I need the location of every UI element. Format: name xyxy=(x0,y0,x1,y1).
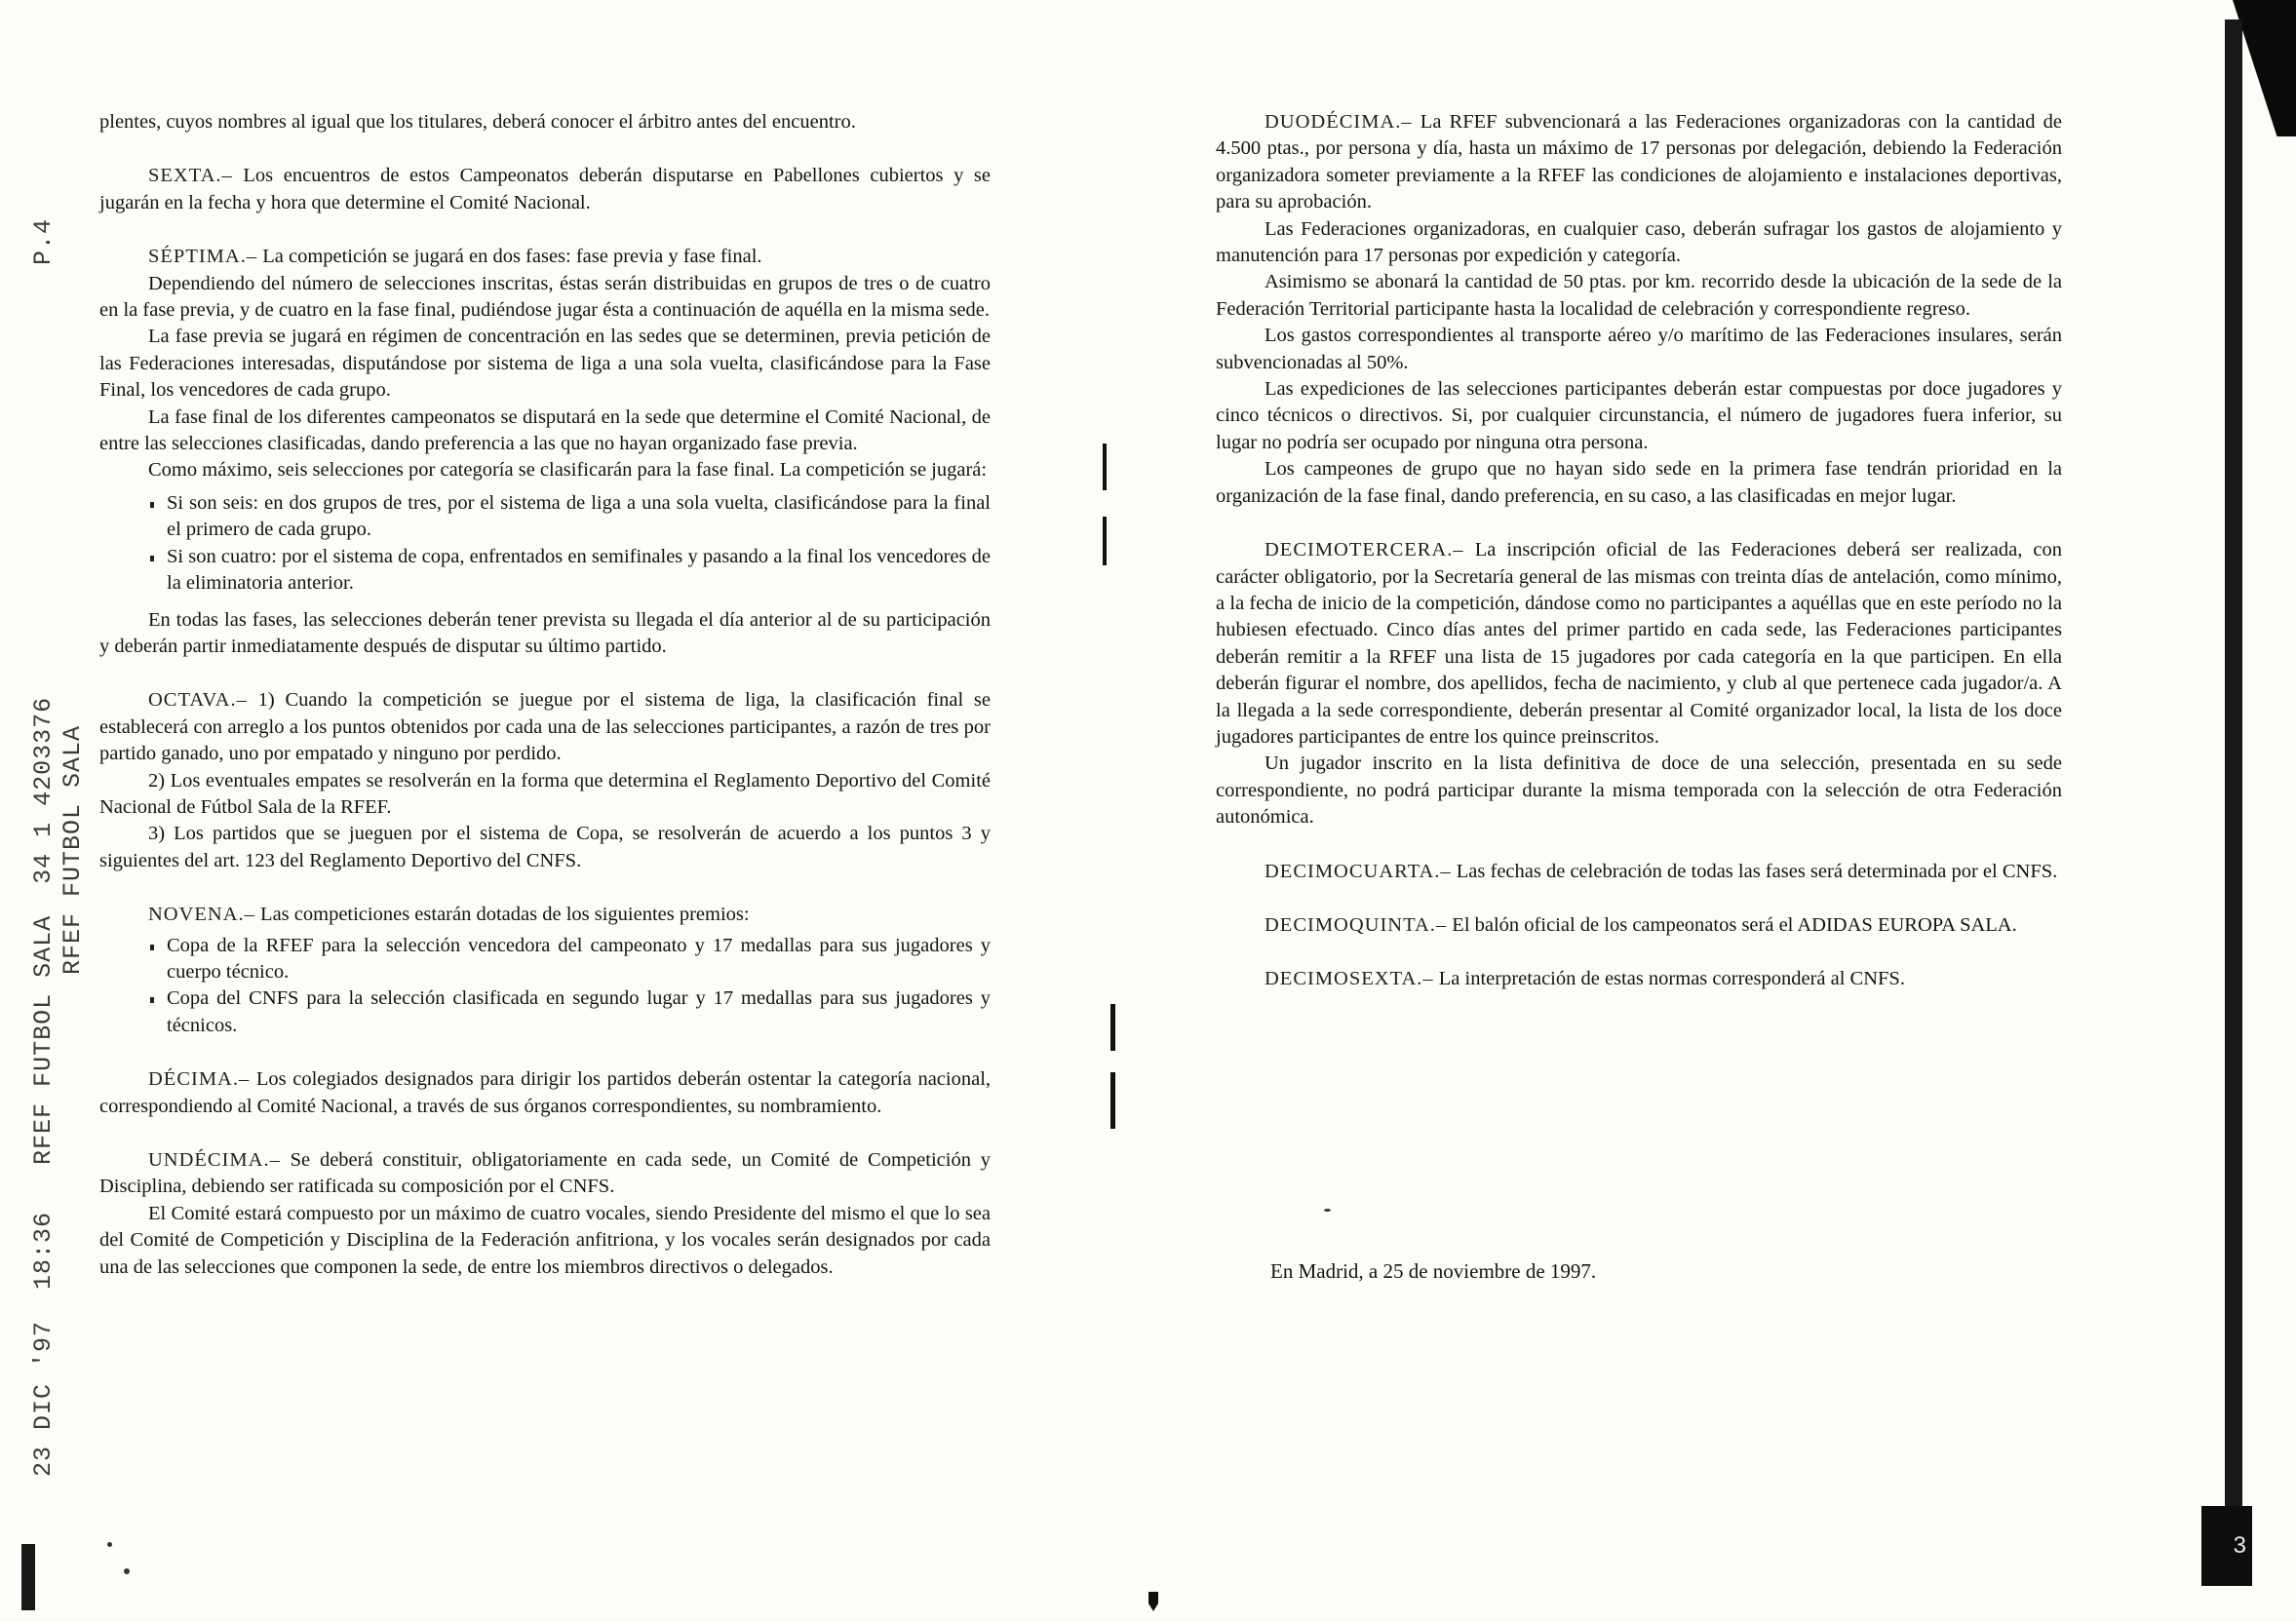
scan-speck xyxy=(1324,1209,1331,1212)
scan-speck xyxy=(107,1542,112,1547)
gutter-mark-top xyxy=(1103,444,1107,490)
clause-title: DECIMOTERCERA.– xyxy=(1265,539,1464,560)
paragraph: Como máximo, seis selecciones por catego… xyxy=(99,457,991,483)
paragraph: En todas las fases, las selecciones debe… xyxy=(99,607,991,661)
gutter-mark-top-2 xyxy=(1103,517,1107,565)
clause-title: UNDÉCIMA.– xyxy=(148,1149,281,1171)
clause-novena: NOVENA.– Las competiciones estarán dotad… xyxy=(99,902,991,1039)
scan-speck xyxy=(124,1568,130,1574)
paragraph: Un jugador inscrito en la lista definiti… xyxy=(1216,751,2062,830)
right-page: DUODÉCIMA.– La RFEF subvencionará a las … xyxy=(1216,109,2062,993)
paragraph: 2) Los eventuales empates se resolverán … xyxy=(99,768,991,822)
gutter-mark-bottom-2 xyxy=(1110,1072,1115,1129)
gutter-mark-bottom xyxy=(1110,1004,1115,1051)
clause-title: SEXTA.– xyxy=(148,165,233,186)
page-number-box: 3 xyxy=(2201,1506,2252,1586)
paragraph: Las expediciones de las selecciones part… xyxy=(1216,376,2062,456)
clause-decimosexta: DECIMOSEXTA.– La interpretación de estas… xyxy=(1216,966,2062,992)
paragraph: Los campeones de grupo que no hayan sido… xyxy=(1216,456,2062,510)
clause-octava: OCTAVA.– 1) Cuando la competición se jue… xyxy=(99,687,991,874)
fax-header: 23 DIC '97 18:36 RFEF FUTBOL SALA 34 1 4… xyxy=(0,0,88,1622)
paragraph: 3) Los partidos que se jueguen por el si… xyxy=(99,821,991,874)
fax-header-line-2: RFEF FUTBOL SALA xyxy=(58,725,87,975)
clause-title: DECIMOCUARTA.– xyxy=(1265,861,1452,882)
scan-edge-bar xyxy=(2225,19,2242,1506)
list-item: Si son seis: en dos grupos de tres, por … xyxy=(148,490,991,544)
list-item: Copa del CNFS para la selección clasific… xyxy=(148,985,991,1039)
paragraph: La fase final de los diferentes campeona… xyxy=(99,405,991,458)
clause-title: DUODÉCIMA.– xyxy=(1265,111,1413,133)
clause-decimotercera: DECIMOTERCERA.– La inscripción oficial d… xyxy=(1216,537,2062,830)
list-item: Si son cuatro: por el sistema de copa, e… xyxy=(148,544,991,598)
paragraph: Asimismo se abonará la cantidad de 50 pt… xyxy=(1216,269,2062,323)
scan-left-bottom-mark xyxy=(21,1544,35,1610)
fax-page-number: P.4 xyxy=(29,218,58,265)
bullet-list: Copa de la RFEF para la selección venced… xyxy=(99,933,991,1040)
signature-date-line: En Madrid, a 25 de noviembre de 1997. xyxy=(1270,1259,1596,1284)
clause-sexta: SEXTA.– Los encuentros de estos Campeona… xyxy=(99,163,991,216)
clause-septima: SÉPTIMA.– La competición se jugará en do… xyxy=(99,244,991,660)
clause-title: SÉPTIMA.– xyxy=(148,246,257,267)
clause-title: NOVENA.– xyxy=(148,904,255,925)
clause-title: DECIMOSEXTA.– xyxy=(1265,968,1434,989)
bullet-list: Si son seis: en dos grupos de tres, por … xyxy=(99,490,991,598)
intro-paragraph: plentes, cuyos nombres al igual que los … xyxy=(99,109,991,135)
paragraph: Dependiendo del número de selecciones in… xyxy=(99,271,991,325)
paragraph: Los gastos correspondientes al transport… xyxy=(1216,323,2062,376)
clause-duodecima: DUODÉCIMA.– La RFEF subvencionará a las … xyxy=(1216,109,2062,510)
clause-title: DECIMOQUINTA.– xyxy=(1265,914,1447,936)
left-page: plentes, cuyos nombres al igual que los … xyxy=(99,109,991,1281)
paragraph: El Comité estará compuesto por un máximo… xyxy=(99,1201,991,1281)
clause-title: DÉCIMA.– xyxy=(148,1068,250,1090)
clause-undecima: UNDÉCIMA.– Se deberá constituir, obligat… xyxy=(99,1147,991,1281)
page-number: 3 xyxy=(2234,1532,2246,1560)
clause-decimocuarta: DECIMOCUARTA.– Las fechas de celebración… xyxy=(1216,859,2062,885)
paragraph: La fase previa se jugará en régimen de c… xyxy=(99,324,991,404)
list-item: Copa de la RFEF para la selección venced… xyxy=(148,933,991,986)
clause-title: OCTAVA.– xyxy=(148,689,248,711)
clause-decima: DÉCIMA.– Los colegiados designados para … xyxy=(99,1066,991,1120)
clause-decimoquinta: DECIMOQUINTA.– El balón oficial de los c… xyxy=(1216,912,2062,939)
paragraph: Las Federaciones organizadoras, en cualq… xyxy=(1216,216,2062,270)
fax-header-line-1: 23 DIC '97 18:36 RFEF FUTBOL SALA 34 1 4… xyxy=(29,697,58,1477)
gutter-arrow-mark xyxy=(1148,1592,1158,1611)
